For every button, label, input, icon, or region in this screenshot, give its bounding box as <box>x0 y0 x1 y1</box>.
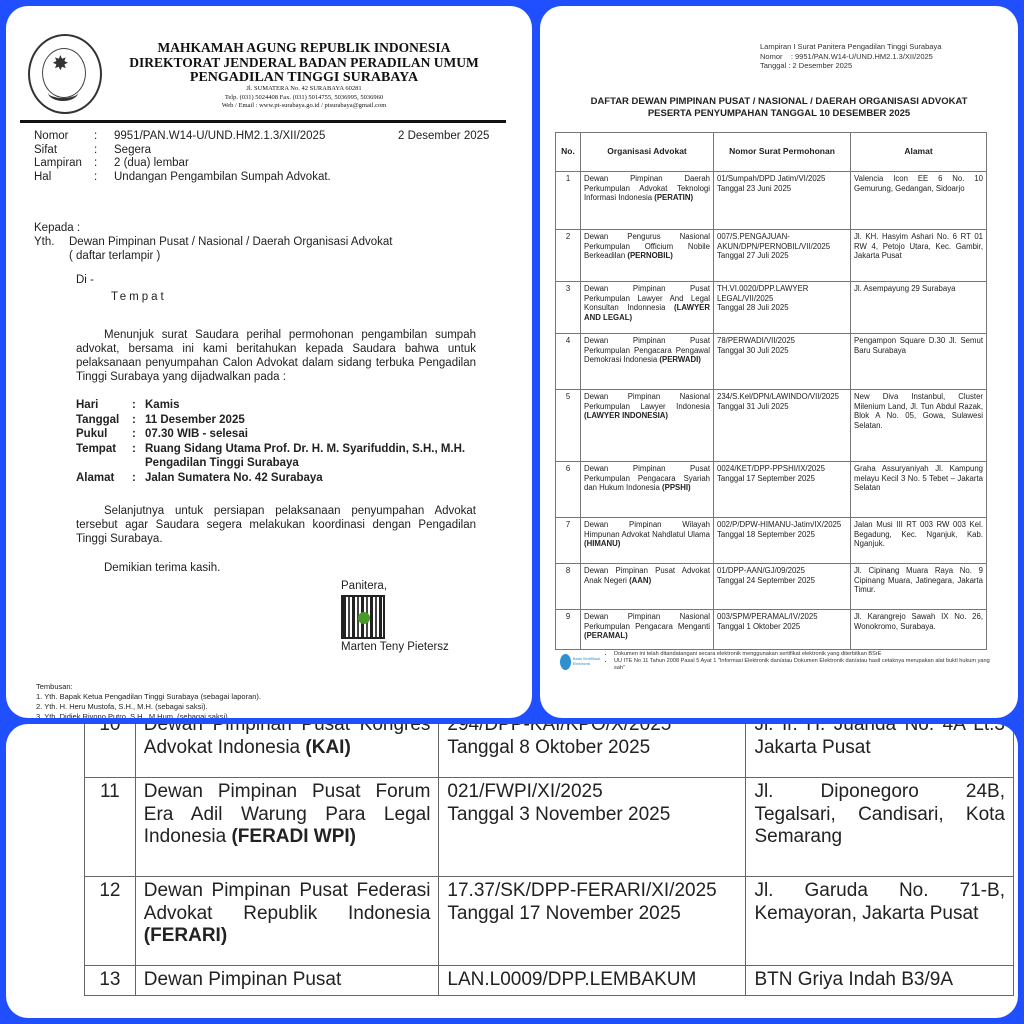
colon: : <box>132 442 145 471</box>
recipient-block: Kepada : Yth. Dewan Pimpinan Pusat / Nas… <box>34 221 392 263</box>
table-row: 7Dewan Pimpinan Wilayah Himpunan Advokat… <box>556 518 987 564</box>
attachment-panel: Lampiran I Surat Panitera Pengadilan Tin… <box>540 6 1018 718</box>
org-abbr: (AAN) <box>629 576 651 585</box>
org-address: Jl. Karangrejo Sawah IX No. 26, Wonokrom… <box>851 610 987 650</box>
letterhead-line1: MAHKAMAH AGUNG REPUBLIK INDONESIA <box>104 40 504 55</box>
schedule-value: Kamis <box>145 398 180 413</box>
meta-row: Hal:Undangan Pengambilan Sumpah Advokat. <box>34 171 331 185</box>
letter-meta: Nomor:9951/PAN.W14-U/UND.HM2.1.3/XII/202… <box>34 130 331 184</box>
letter-number: 007/S.PENGAJUAN-AKUN/DPN/PERNOBIL/VII/20… <box>714 230 851 282</box>
tembusan-label: Tembusan: <box>36 682 261 692</box>
colon: : <box>94 144 114 158</box>
ref-line: Nomor : 9951/PAN.W14-U/UND.HM2.1.3/XII/2… <box>760 52 941 62</box>
schedule-row: Tempat:Ruang Sidang Utama Prof. Dr. H. M… <box>76 442 465 471</box>
letter-panel: ✸ MAHKAMAH AGUNG REPUBLIK INDONESIA DIRE… <box>6 6 532 718</box>
letterhead-web: Web / Email : www.pt-surabaya.go.id / pt… <box>104 102 504 111</box>
attachment-reference: Lampiran I Surat Panitera Pengadilan Tin… <box>760 42 941 71</box>
org-name: Dewan Pimpinan Pusat <box>135 966 439 996</box>
org-address: Jl. Ir. H. Juanda No. 4A Lt.3 Jakarta Pu… <box>746 724 1014 778</box>
row-number: 11 <box>85 778 136 877</box>
colon: : <box>132 427 145 442</box>
row-number: 7 <box>556 518 581 564</box>
recipient-note: ( daftar terlampir ) <box>34 249 392 263</box>
org-address: Jl. KH. Hasyim Ashari No. 6 RT 01 RW 4, … <box>851 230 987 282</box>
org-name: Dewan Pimpinan Pusat Perkumpulan Lawyer … <box>581 282 714 334</box>
meta-value: 2 (dua) lembar <box>114 157 189 171</box>
signer-name: Marten Teny Pietersz <box>341 641 449 654</box>
colon: : <box>94 171 114 185</box>
schedule-value: 07.30 WIB - selesai <box>145 427 248 442</box>
org-address: Jl. Garuda No. 71-B, Kemayoran, Jakarta … <box>746 877 1014 966</box>
meta-label: Sifat <box>34 144 94 158</box>
org-name: Dewan Pimpinan Pusat Kongres Advokat Ind… <box>135 724 439 778</box>
tembusan-item: 2. Yth. H. Heru Mustofa, S.H., M.H. (seb… <box>36 702 261 712</box>
org-address: Jl. Asempayung 29 Surabaya <box>851 282 987 334</box>
org-abbr: (FERADI WPI) <box>231 826 356 847</box>
tembusan-item: 3. Yth. Didiek Riyono Putro, S.H., M.Hum… <box>36 712 261 718</box>
letter-number: 002/P/DPW-HIMANU-Jatim/IX/2025Tanggal 18… <box>714 518 851 564</box>
meta-value: 9951/PAN.W14-U/UND.HM2.1.3/XII/2025 <box>114 130 325 144</box>
letterhead-phone: Telp. (031) 5024408 Fax. (031) 5014755, … <box>104 94 504 103</box>
footer-note: Dokumen ini telah ditandatangani secara … <box>614 651 994 658</box>
yth-label: Yth. <box>34 235 69 249</box>
zoomed-table-panel: 10Dewan Pimpinan Pusat Kongres Advokat I… <box>6 724 1018 1018</box>
letterhead-address: Jl. SUMATERA No. 42 SURABAYA 60281 <box>104 85 504 94</box>
title-line: PESERTA PENYUMPAHAN TANGGAL 10 DESEMBER … <box>550 108 1008 120</box>
row-number: 13 <box>85 966 136 996</box>
schedule-value: Jalan Sumatera No. 42 Surabaya <box>145 471 323 486</box>
letter-number: 01/Sumpah/DPD Jatim/VI/2025Tanggal 23 Ju… <box>714 172 851 230</box>
col-header: Organisasi Advokat <box>581 133 714 172</box>
table-row: 9Dewan Pimpinan Nasional Perkumpulan Pen… <box>556 610 987 650</box>
schedule-row: Alamat:Jalan Sumatera No. 42 Surabaya <box>76 471 465 486</box>
attachment-title: DAFTAR DEWAN PIMPINAN PUSAT / NASIONAL /… <box>550 96 1008 119</box>
letter-number: LAN.L0009/DPP.LEMBAKUM <box>439 966 746 996</box>
schedule-row: Pukul:07.30 WIB - selesai <box>76 427 465 442</box>
court-emblem-icon: ✸ <box>28 34 102 114</box>
row-number: 9 <box>556 610 581 650</box>
meta-value: Segera <box>114 144 151 158</box>
letter-number: 0024/KET/DPP-PPSHI/IX/2025Tanggal 17 Sep… <box>714 462 851 518</box>
meta-label: Lampiran <box>34 157 94 171</box>
title-line: DAFTAR DEWAN PIMPINAN PUSAT / NASIONAL /… <box>550 96 1008 108</box>
table-row: 4Dewan Pimpinan Pusat Perkumpulan Pengac… <box>556 334 987 390</box>
row-number: 8 <box>556 564 581 610</box>
letter-number: 01/DPP-AAN/GJ/09/2025Tanggal 24 Septembe… <box>714 564 851 610</box>
table-row: 3Dewan Pimpinan Pusat Perkumpulan Lawyer… <box>556 282 987 334</box>
meta-label: Hal <box>34 171 94 185</box>
table-row: 6Dewan Pimpinan Pusat Perkumpulan Pengac… <box>556 462 987 518</box>
org-abbr: (HIMANU) <box>584 539 620 548</box>
row-number: 6 <box>556 462 581 518</box>
org-abbr: (PERWADI) <box>659 355 700 364</box>
org-name: Dewan Pimpinan Nasional Perkumpulan Lawy… <box>581 390 714 462</box>
bsre-logo-icon: Balai Sertifikasi Elektronik <box>560 651 604 672</box>
schedule-label: Alamat <box>76 471 132 486</box>
schedule-label: Tempat <box>76 442 132 471</box>
row-number: 5 <box>556 390 581 462</box>
schedule-label: Pukul <box>76 427 132 442</box>
org-name: Dewan Pimpinan Wilayah Himpunan Advokat … <box>581 518 714 564</box>
letterhead-line3: PENGADILAN TINGGI SURABAYA <box>104 70 504 85</box>
table-row: 11Dewan Pimpinan Pusat Forum Era Adil Wa… <box>85 778 1014 877</box>
schedule-row: Hari:Kamis <box>76 398 465 413</box>
org-name: Dewan Pimpinan Pusat Advokat Anak Negeri… <box>581 564 714 610</box>
meta-row: Lampiran:2 (dua) lembar <box>34 157 331 171</box>
recipient: Dewan Pimpinan Pusat / Nasional / Daerah… <box>69 235 392 249</box>
table-row: 8Dewan Pimpinan Pusat Advokat Anak Neger… <box>556 564 987 610</box>
table-row: 5Dewan Pimpinan Nasional Perkumpulan Law… <box>556 390 987 462</box>
col-header: Alamat <box>851 133 987 172</box>
row-number: 3 <box>556 282 581 334</box>
schedule-label: Tanggal <box>76 413 132 428</box>
schedule-block: Hari:KamisTanggal:11 Desember 2025Pukul:… <box>76 398 465 485</box>
qr-code-signature <box>341 595 385 639</box>
di-label: Di - <box>76 274 94 286</box>
org-name: Dewan Pengurus Nasional Perkumpulan Offi… <box>581 230 714 282</box>
org-name: Dewan Pimpinan Pusat Perkumpulan Pengaca… <box>581 334 714 390</box>
schedule-label: Hari <box>76 398 132 413</box>
org-name: Dewan Pimpinan Pusat Perkumpulan Pengaca… <box>581 462 714 518</box>
row-number: 12 <box>85 877 136 966</box>
org-address: BTN Griya Indah B3/9A <box>746 966 1014 996</box>
paragraph-coordination: Selanjutnya untuk persiapan pelaksanaan … <box>76 504 476 546</box>
org-name: Dewan Pimpinan Daerah Perkumpulan Advoka… <box>581 172 714 230</box>
tembusan-block: Tembusan: 1. Yth. Bapak Ketua Pengadilan… <box>36 682 261 718</box>
ref-line: Lampiran I Surat Panitera Pengadilan Tin… <box>760 42 941 52</box>
letter-number: 021/FWPI/XI/2025Tanggal 3 November 2025 <box>439 778 746 877</box>
org-name: Dewan Pimpinan Pusat Federasi Advokat Re… <box>135 877 439 966</box>
org-address: New Diva Instanbul, Cluster Milenium Lan… <box>851 390 987 462</box>
letter-number: 78/PERWADI/VII/2025Tanggal 30 Juli 2025 <box>714 334 851 390</box>
org-abbr: (PERAMAL) <box>584 631 628 640</box>
letterhead-rule <box>20 120 506 123</box>
schedule-value: 11 Desember 2025 <box>145 413 245 428</box>
org-abbr: (LAWYER INDONESIA) <box>584 411 668 420</box>
letter-number: 17.37/SK/DPP-FERARI/XI/2025Tanggal 17 No… <box>439 877 746 966</box>
colon: : <box>94 157 114 171</box>
colon: : <box>132 398 145 413</box>
row-number: 1 <box>556 172 581 230</box>
signature-block: Panitera, Marten Teny Pietersz <box>341 580 449 654</box>
org-name: Dewan Pimpinan Pusat Forum Era Adil Waru… <box>135 778 439 877</box>
org-address: Pengampon Square D.30 Jl. Semut Baru Sur… <box>851 334 987 390</box>
letter-number: 003/SPM/PERAMAL/IV/2025Tanggal 1 Oktober… <box>714 610 851 650</box>
schedule-row: Tanggal:11 Desember 2025 <box>76 413 465 428</box>
paragraph-intro: Menunjuk surat Saudara perihal permohona… <box>76 328 476 384</box>
table-row: 12Dewan Pimpinan Pusat Federasi Advokat … <box>85 877 1014 966</box>
org-abbr: (PPSHI) <box>662 483 691 492</box>
row-number: 2 <box>556 230 581 282</box>
closing: Demikian terima kasih. <box>104 562 220 574</box>
letter-number: TH.VI.0020/DPP.LAWYER LEGAL/VII/2025Tang… <box>714 282 851 334</box>
org-abbr: (KAI) <box>305 737 350 758</box>
col-header: No. <box>556 133 581 172</box>
table-row: 2Dewan Pengurus Nasional Perkumpulan Off… <box>556 230 987 282</box>
letter-number: 294/DPP-KAI/KPO/X/2025Tanggal 8 Oktober … <box>439 724 746 778</box>
letter-date: 2 Desember 2025 <box>398 130 489 142</box>
colon: : <box>132 471 145 486</box>
row-number: 4 <box>556 334 581 390</box>
row-number: 10 <box>85 724 136 778</box>
colon: : <box>94 130 114 144</box>
org-abbr: (FERARI) <box>144 925 227 946</box>
signer-title: Panitera, <box>341 580 449 593</box>
organization-table-continued: 10Dewan Pimpinan Pusat Kongres Advokat I… <box>84 724 1014 996</box>
schedule-value: Ruang Sidang Utama Prof. Dr. H. M. Syari… <box>145 442 465 471</box>
org-name: Dewan Pimpinan Nasional Perkumpulan Peng… <box>581 610 714 650</box>
letter-number: 234/S.Kel/DPN/LAWINDO/VII/2025Tanggal 31… <box>714 390 851 462</box>
table-row: 1Dewan Pimpinan Daerah Perkumpulan Advok… <box>556 172 987 230</box>
organization-table: No. Organisasi Advokat Nomor Surat Permo… <box>555 132 987 650</box>
meta-value: Undangan Pengambilan Sumpah Advokat. <box>114 171 331 185</box>
org-address: Jl. Diponegoro 24B, Tegalsari, Candisari… <box>746 778 1014 877</box>
esign-footer: Balai Sertifikasi Elektronik Dokumen ini… <box>560 651 994 672</box>
table-row: 13Dewan Pimpinan Pusat LAN.L0009/DPP.LEM… <box>85 966 1014 996</box>
meta-row: Sifat:Segera <box>34 144 331 158</box>
footer-note: UU ITE No 11 Tahun 2008 Pasal 5 Ayat 1 "… <box>614 658 994 672</box>
org-address: Valencia Icon EE 6 No. 10 Gemurung, Geda… <box>851 172 987 230</box>
table-row: 10Dewan Pimpinan Pusat Kongres Advokat I… <box>85 724 1014 778</box>
org-address: Graha Assuryaniyah Jl. Kampung melayu Ke… <box>851 462 987 518</box>
tempat-label: Tempat <box>111 291 167 303</box>
tembusan-item: 1. Yth. Bapak Ketua Pengadilan Tinggi Su… <box>36 692 261 702</box>
ref-line: Tanggal : 2 Desember 2025 <box>760 61 941 71</box>
kepada-label: Kepada : <box>34 221 392 235</box>
meta-label: Nomor <box>34 130 94 144</box>
org-address: Jl. Cipinang Muara Raya No. 9 Cipinang M… <box>851 564 987 610</box>
org-address: Jalan Musi III RT 003 RW 003 Kel. Begadu… <box>851 518 987 564</box>
org-abbr: (LAWYER AND LEGAL) <box>584 303 710 322</box>
colon: : <box>132 413 145 428</box>
org-abbr: (PERATIN) <box>654 193 693 202</box>
col-header: Nomor Surat Permohonan <box>714 133 851 172</box>
org-abbr: (PERNOBIL) <box>627 251 672 260</box>
letterhead-line2: DIREKTORAT JENDERAL BADAN PERADILAN UMUM <box>104 55 504 70</box>
meta-row: Nomor:9951/PAN.W14-U/UND.HM2.1.3/XII/202… <box>34 130 331 144</box>
emblem-icon <box>358 612 370 624</box>
